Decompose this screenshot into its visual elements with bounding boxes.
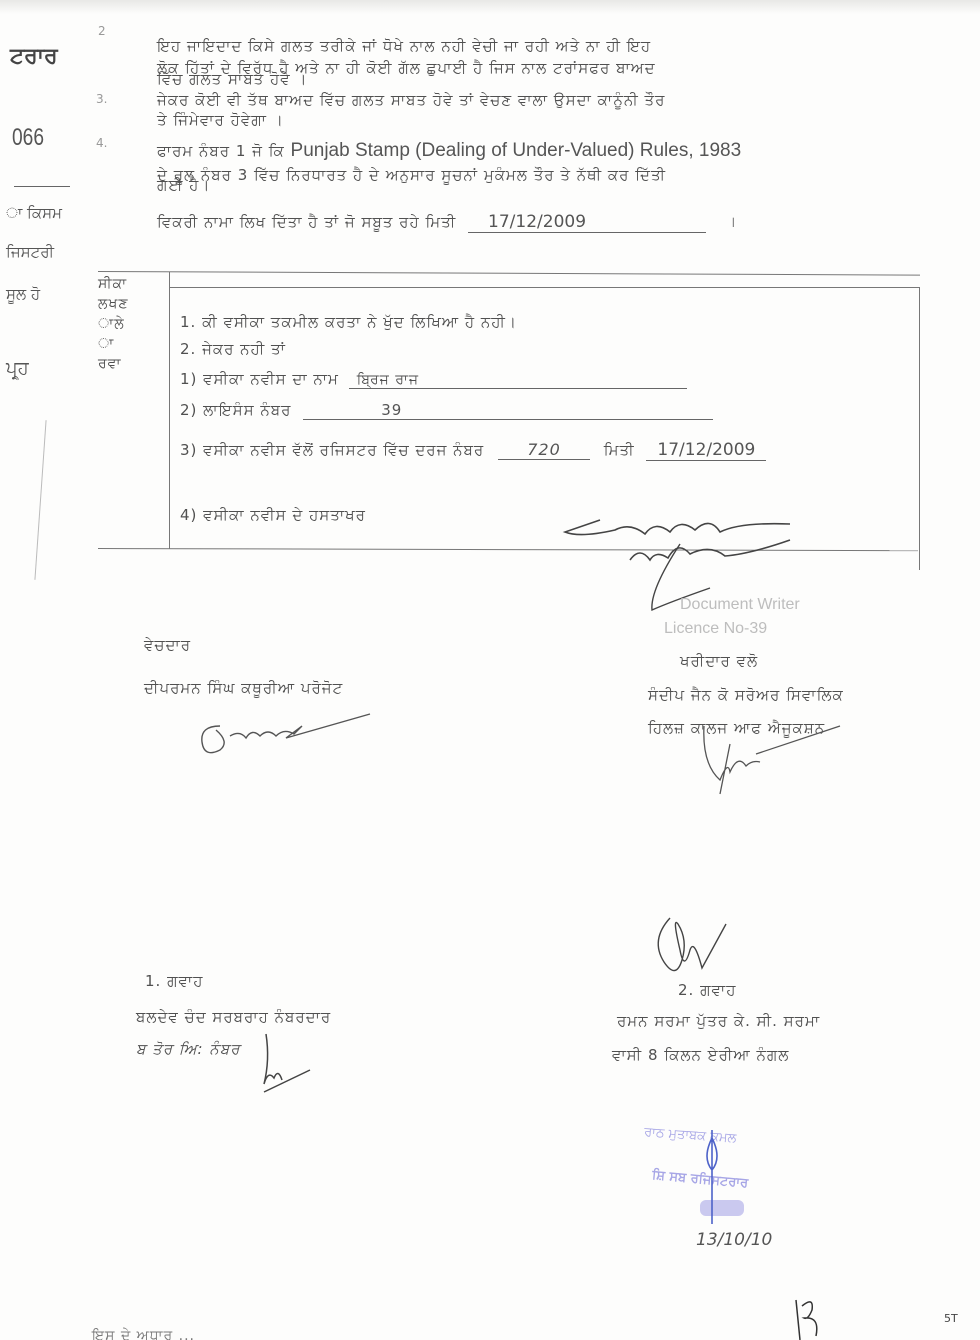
clause-prefix: ਫਾਰਮ ਨੰਬਰ 1 ਜੋ ਕਿ bbox=[157, 142, 291, 160]
clause-line: ਤੇ ਜਿੰਮੇਵਾਰ ਹੋਵੇਗਾ । bbox=[157, 111, 284, 129]
question-1: 1. ਕੀ ਵਸੀਕਾ ਤਕਮੀਲ ਕਰਤਾ ਨੇ ਖੁੱਦ ਲਿਖਿਆ ਹੈ … bbox=[180, 313, 517, 331]
buyer-line-1: ਸੰਦੀਪ ਜੈਨ ਕੋ ਸਰੋਅਰ ਸਿਵਾਲਿਕ bbox=[648, 686, 844, 704]
margin-number-fragment: 066 bbox=[12, 124, 44, 152]
margin-mark bbox=[34, 420, 46, 580]
box-divider bbox=[169, 272, 170, 549]
rules-title: Punjab Stamp (Dealing of Under-Valued) R… bbox=[291, 140, 742, 161]
clause-line: ਵਿੱਚ ਗਲਤ ਸਾਬਤ ਹੋਵੇ । bbox=[157, 70, 308, 88]
clause-line-with-english: ਫਾਰਮ ਨੰਬਰ 1 ਜੋ ਕਿ Punjab Stamp (Dealing … bbox=[157, 140, 741, 162]
margin-divider bbox=[14, 186, 70, 187]
register-date-value: 17/12/2009 bbox=[657, 440, 755, 460]
witness-1-line-2: ਬ ਤੋਰ ਅਿ: ਨੰਬਰ bbox=[136, 1040, 240, 1058]
clause-number: 2 bbox=[98, 24, 106, 38]
question-2: 2. ਜੇਕਰ ਨਹੀ ਤਾਂ bbox=[180, 340, 286, 358]
clause-number: 3. bbox=[96, 92, 107, 106]
witness-1-label: 1. ਗਵਾਹ bbox=[145, 972, 203, 990]
sale-deed-end: । bbox=[730, 213, 737, 231]
paper-fold-shadow bbox=[0, 0, 980, 14]
bottom-text-fragment: ਇਸ ਦੇ ਅਧਾਰ ... bbox=[92, 1328, 195, 1340]
writer-name-value: ਬ੍ਰਿਜ ਰਾਜ bbox=[357, 372, 419, 388]
clause-line: ਦੇ ਰੂਲ ਨੰਬਰ 3 ਵਿੱਚ ਨਿਰਧਾਰਤ ਹੈ ਦੇ ਅਨੁਸਾਰ … bbox=[157, 166, 666, 184]
witness-2-label: 2. ਗਵਾਹ bbox=[678, 981, 736, 999]
field-writer-signature: 4) ਵਸੀਕਾ ਨਵੀਸ ਦੇ ਹਸਤਾਖਰ bbox=[180, 506, 366, 524]
seller-signature bbox=[190, 706, 390, 766]
box-side-label: ਸੀਕਾ ਲਖਣ ਾਲੇ ਾ ਰਵਾ bbox=[98, 276, 168, 376]
witness-2-line-2: ਵਾਸੀ 8 ਕਿਲਨ ਏਰੀਆ ਨੰਗਲ bbox=[612, 1046, 789, 1064]
seller-label: ਵੇਚਦਾਰ bbox=[144, 636, 191, 654]
bottom-signature bbox=[790, 1296, 870, 1340]
witness-1-signature bbox=[250, 1030, 330, 1100]
margin-label: ਪ੍ਰ੍ਹ bbox=[6, 358, 29, 379]
registrar-date: 13/10/10 bbox=[696, 1230, 772, 1250]
writer-stamp-line-1: Document Writer bbox=[680, 596, 800, 614]
register-number-value: 720 bbox=[527, 440, 561, 459]
left-margin-column: ਟਰਾਰ 066 ਾ ਕਿਸਮ ਜਿਸਟਰੀ ਸੂਲ ਹੋ ਪ੍ਰ੍ਹ bbox=[0, 0, 95, 420]
box-inner-top bbox=[169, 287, 920, 288]
margin-label: ਸੂਲ ਹੋ bbox=[6, 285, 40, 303]
field-register-number: 3) ਵਸੀਕਾ ਨਵੀਸ ਵੱਲੋਂ ਰਜਿਸਟਰ ਵਿੱਚ ਦਰਜ ਨੰਬਰ… bbox=[180, 440, 766, 461]
licence-number-value: 39 bbox=[381, 401, 402, 419]
box-right-border bbox=[919, 288, 920, 570]
registrar-initial bbox=[700, 1128, 730, 1228]
buyer-signature bbox=[700, 724, 850, 794]
margin-label: ਜਿਸਟਰੀ bbox=[6, 243, 54, 261]
margin-label: ਾ ਕਿਸਮ bbox=[6, 204, 62, 222]
page-corner-mark: 5T bbox=[944, 1312, 958, 1325]
field-writer-name: 1) ਵਸੀਕਾ ਨਵੀਸ ਦਾ ਨਾਮ ਬ੍ਰਿਜ ਰਾਜ bbox=[180, 370, 687, 389]
sale-deed-date: 17/12/2009 bbox=[468, 212, 706, 233]
field-licence-number: 2) ਲਾਇਸੰਸ ਨੰਬਰ 39 bbox=[180, 401, 713, 420]
clause-line: ਜੇਕਰ ਕੋਈ ਵੀ ਤੱਥ ਬਾਅਦ ਵਿੱਚ ਗਲਤ ਸਾਬਤ ਹੋਵੇ … bbox=[157, 91, 665, 109]
witness-2-line-1: ਰਮਨ ਸਰਮਾ ਪੁੱਤਰ ਕੇ. ਸੀ. ਸਰਮਾ bbox=[617, 1012, 820, 1030]
clause-line: ਇਹ ਜਾਇਦਾਦ ਕਿਸੇ ਗਲਤ ਤਰੀਕੇ ਜਾਂ ਧੋਖੇ ਨਾਲ ਨਹ… bbox=[157, 37, 651, 55]
box-top-border bbox=[98, 271, 920, 276]
margin-header-fragment: ਟਰਾਰ bbox=[10, 44, 58, 69]
witness-2-signature bbox=[650, 910, 750, 990]
seller-name: ਦੀਪਰਮਨ ਸਿੰਘ ਕਥੂਰੀਆ ਪਰੋਜੋਟ bbox=[144, 679, 343, 697]
writer-stamp-line-2: Licence No-39 bbox=[664, 620, 767, 638]
register-date-label: ਮਿਤੀ bbox=[604, 441, 635, 459]
witness-1-line-1: ਬਲਦੇਵ ਚੰਦ ਸਰਬਰਾਹ ਨੰਬਰਦਾਰ bbox=[136, 1008, 331, 1026]
sale-deed-text: ਵਿਕਰੀ ਨਾਮਾ ਲਿਖ ਦਿੱਤਾ ਹੈ ਤਾਂ ਜੋ ਸਬੂਤ ਰਹੇ … bbox=[157, 213, 456, 231]
clause-line: ਗਈ ਹੈ। bbox=[157, 176, 210, 194]
buyer-label: ਖਰੀਦਾਰ ਵਲੋ bbox=[680, 652, 758, 670]
clause-number: 4. bbox=[96, 136, 107, 150]
sale-deed-line: ਵਿਕਰੀ ਨਾਮਾ ਲਿਖ ਦਿੱਤਾ ਹੈ ਤਾਂ ਜੋ ਸਬੂਤ ਰਹੇ … bbox=[157, 212, 737, 233]
